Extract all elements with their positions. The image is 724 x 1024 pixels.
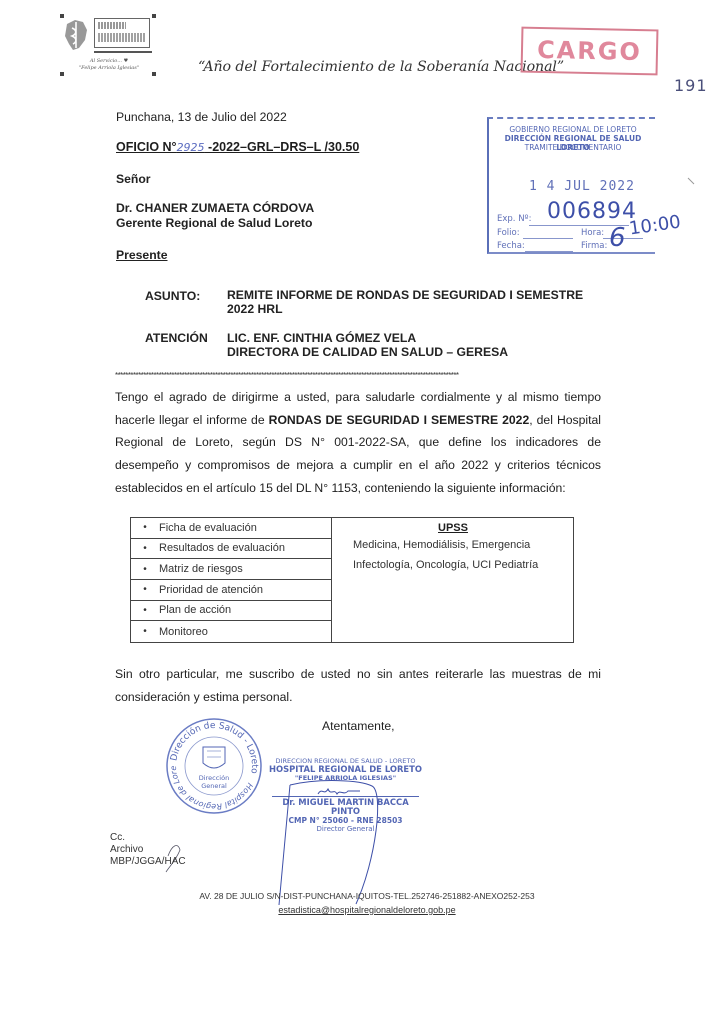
svg-text:General: General	[201, 782, 227, 790]
exp-number-handwritten: 006894	[547, 199, 637, 224]
folio-underline	[523, 238, 573, 239]
upss-heading: UPSS	[333, 522, 573, 534]
cc-block: Cc. Archivo MBP/JGGA/HAC	[110, 832, 186, 868]
body-bold-text: RONDAS DE SEGURIDAD I SEMESTRE 2022	[269, 413, 530, 427]
oficio-reference: OFICIO N°2925 -2022–GRL–DRS–L /30.50	[116, 140, 359, 154]
contents-list: •Ficha de evaluación•Resultados de evalu…	[131, 518, 332, 642]
year-motto: “Año del Fortalecimiento de la Soberanía…	[198, 59, 564, 75]
seal-line: HOSPITAL REGIONAL DE LORETO	[268, 765, 423, 774]
asunto-line: REMITE INFORME DE RONDAS DE SEGURIDAD I …	[227, 289, 583, 303]
place-date: Punchana, 13 de Julio del 2022	[116, 110, 287, 124]
bullet-icon: •	[131, 522, 159, 533]
firma-handwritten: 6	[609, 223, 626, 253]
contents-list-item: •Ficha de evaluación	[131, 518, 331, 539]
separator-asterisks: ****************************************…	[115, 372, 600, 380]
asunto-label: ASUNTO:	[145, 289, 200, 303]
round-seal-icon: Dirección de Salud - Loreto Hospital Reg…	[165, 717, 263, 815]
loreto-map-icon	[63, 18, 89, 52]
contents-item-label: Ficha de evaluación	[159, 522, 257, 534]
footer-email-link[interactable]: estadistica@hospitalregionaldeloreto.gob…	[172, 905, 562, 915]
director-title: Director General	[268, 825, 423, 833]
recipient-block: Dr. CHANER ZUMAETA CÓRDOVA Gerente Regio…	[116, 201, 314, 231]
cargo-stamp-text: CARGO	[537, 36, 642, 66]
firma-label: Firma:	[581, 241, 607, 251]
contents-item-label: Prioridad de atención	[159, 584, 263, 596]
atencion-line: DIRECTORA DE CALIDAD EN SALUD – GERESA	[227, 345, 508, 359]
atencion-value: LIC. ENF. CINTHIA GÓMEZ VELA DIRECTORA D…	[227, 331, 508, 359]
recipient-name: Dr. CHANER ZUMAETA CÓRDOVA	[116, 201, 314, 216]
svg-text:Dirección de Salud - Loreto: Dirección de Salud - Loreto	[169, 721, 259, 775]
contents-list-item: •Prioridad de atención	[131, 580, 331, 601]
footer-address: AV. 28 DE JULIO S/N-DIST-PUNCHANA-IQUITO…	[172, 891, 562, 901]
contents-item-label: Plan de acción	[159, 604, 231, 616]
signature-seal: DIRECCION REGIONAL DE SALUD - LORETO HOS…	[268, 757, 423, 833]
contents-item-label: Resultados de evaluación	[159, 542, 285, 554]
logo-corner-mark	[152, 72, 156, 76]
oficio-prefix: OFICIO N°	[116, 140, 177, 154]
asunto-line: 2022 HRL	[227, 303, 583, 317]
director-name: Dr. MIGUEL MARTIN BACCA PINTO	[268, 798, 423, 816]
upss-services: Infectología, Oncología, UCI Pediatría	[353, 559, 538, 571]
closing-paragraph: Sin otro particular, me suscribo de uste…	[115, 663, 601, 709]
folio-label: Folio:	[497, 228, 520, 238]
presente-heading: Presente	[116, 248, 168, 262]
bullet-icon: •	[131, 543, 159, 554]
contents-list-item: •Resultados de evaluación	[131, 539, 331, 560]
atencion-line: LIC. ENF. CINTHIA GÓMEZ VELA	[227, 331, 508, 345]
contents-list-item: •Plan de acción	[131, 601, 331, 622]
contents-table: •Ficha de evaluación•Resultados de evalu…	[130, 517, 574, 643]
contents-list-item: •Matriz de riesgos	[131, 559, 331, 580]
director-registration: CMP N° 25060 - RNE 28503	[268, 816, 423, 825]
asunto-value: REMITE INFORME DE RONDAS DE SEGURIDAD I …	[227, 289, 583, 316]
signature-scribble	[268, 782, 423, 795]
sign-off: Atentamente,	[322, 719, 395, 733]
bullet-icon: •	[131, 564, 159, 575]
oficio-suffix: -2022–GRL–DRS–L /30.50	[205, 140, 360, 154]
upss-services: Medicina, Hemodiálisis, Emergencia	[353, 539, 530, 551]
reception-stamp: GOBIERNO REGIONAL DE LORETO DIRECCIÓN RE…	[487, 117, 655, 254]
cc-label: Cc.	[110, 832, 186, 844]
cc-line: Archivo	[110, 844, 186, 856]
handwritten-page-number: 191	[674, 76, 708, 95]
logo-tagline: Al Servicio... ♥"Felipe Arriola Iglesias…	[66, 58, 152, 72]
bullet-icon: •	[131, 584, 159, 595]
hora-label: Hora:	[581, 228, 604, 238]
body-paragraph: Tengo el agrado de dirigirme a usted, pa…	[115, 386, 601, 500]
oficio-number-handwritten: 2925	[177, 141, 205, 154]
stamp-line: GOBIERNO REGIONAL DE LORETO	[489, 125, 657, 134]
svg-text:Dirección: Dirección	[199, 774, 229, 782]
fecha-label: Fecha:	[497, 241, 525, 251]
atencion-label: ATENCIÓN	[145, 331, 208, 345]
contents-list-item: •Monitoreo	[131, 621, 331, 642]
bullet-icon: •	[131, 626, 159, 637]
cc-line: MBP/JGGA/HAC	[110, 856, 186, 868]
hospital-logo: Al Servicio... ♥"Felipe Arriola Iglesias…	[60, 14, 156, 76]
salutation: Señor	[116, 172, 151, 186]
recipient-title: Gerente Regional de Salud Loreto	[116, 216, 314, 231]
cargo-stamp: CARGO	[521, 27, 659, 76]
seal-line: "FELIPE ARRIOLA IGLESIAS"	[268, 774, 423, 782]
logo-underline	[94, 51, 152, 53]
contents-item-label: Monitoreo	[159, 626, 208, 638]
exp-label: Exp. Nº:	[497, 214, 531, 224]
bullet-icon: •	[131, 605, 159, 616]
stamp-line: TRAMITE DOCUMENTARIO	[489, 143, 657, 152]
logo-corner-mark	[60, 72, 64, 76]
stamp-date: 1 4 JUL 2022	[529, 179, 635, 194]
fecha-underline	[525, 251, 573, 252]
upss-column: UPSS Medicina, Hemodiálisis, Emergencia …	[333, 518, 573, 642]
logo-wordmark	[94, 18, 150, 48]
contents-item-label: Matriz de riesgos	[159, 563, 243, 575]
logo-corner-mark	[152, 14, 156, 18]
